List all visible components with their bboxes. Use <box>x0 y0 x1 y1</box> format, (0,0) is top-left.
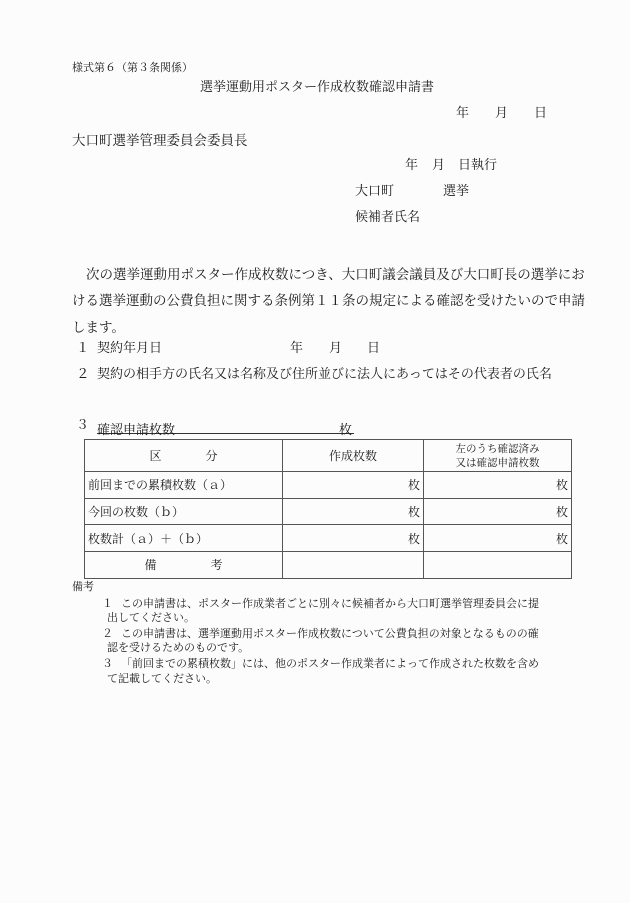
header-category-char: 分 <box>206 449 218 463</box>
created-count-cell[interactable]: 枚 <box>283 498 424 525</box>
note-3-text: 「前回までの累積枚数」には、他のポスター作成業者によって作成された枚数を含め <box>121 658 539 669</box>
remarks-char: 備 <box>144 558 156 572</box>
row-label: 枚数計（ａ）＋（ｂ） <box>85 525 283 552</box>
table-row-remarks: 備考 <box>85 552 572 579</box>
created-count-cell[interactable]: 枚 <box>283 472 424 499</box>
contract-day: 日 <box>367 342 380 355</box>
note-1-number: １ <box>102 598 113 609</box>
item-1-label: 契約年月日 <box>97 342 162 355</box>
document-title: 選挙運動用ポスター作成枚数確認申請書 <box>200 81 434 94</box>
confirmed-count-cell[interactable]: 枚 <box>424 498 572 525</box>
created-count-cell[interactable]: 枚 <box>283 525 424 552</box>
header-category: 区分 <box>85 440 283 472</box>
notes-title: 備考 <box>72 581 94 592</box>
header-confirmed-line: 又は確認申請枚数 <box>427 456 568 470</box>
item-2-number: ２ <box>76 368 90 382</box>
remarks-char: 考 <box>211 558 223 572</box>
note-1-text: この申請書は、ポスター作成業者ごとに別々に候補者から大口町選挙管理委員会に提 <box>121 598 539 609</box>
paragraph-line: します。 <box>72 315 562 341</box>
note-1-text-cont: 出してください。 <box>107 612 195 623</box>
item-3-unit: 枚 <box>339 419 352 438</box>
remarks-confirmed-cell[interactable] <box>424 552 572 579</box>
date-year: 年 <box>456 107 469 120</box>
confirmed-count-cell[interactable]: 枚 <box>424 472 572 499</box>
note-3-text-cont: て記載してください。 <box>107 673 217 684</box>
request-paragraph: 次の選挙運動用ポスター作成枚数につき、大口町議会議員及び大口町長の選挙にお ける… <box>72 262 562 341</box>
table-row: 枚数計（ａ）＋（ｂ） 枚 枚 <box>85 525 572 552</box>
item-2-label: 契約の相手方の氏名又は名称及び住所並びに法人にあってはその代表者の氏名 <box>97 368 552 381</box>
item-3-label: 確認申請枚数 <box>97 419 175 438</box>
row-label: 前回までの累積枚数（ａ） <box>85 472 283 499</box>
table-row: 前回までの累積枚数（ａ） 枚 枚 <box>85 472 572 499</box>
table-row: 今回の枚数（ｂ） 枚 枚 <box>85 498 572 525</box>
remarks-created-cell[interactable] <box>283 552 424 579</box>
header-confirmed: 左のうち確認済み 又は確認申請枚数 <box>424 440 572 472</box>
header-category-char: 区 <box>149 449 161 463</box>
town-label: 大口町 <box>355 185 394 198</box>
note-2-text-cont: 認を受けるためのものです。 <box>107 642 249 653</box>
header-confirmed-line: 左のうち確認済み <box>427 442 568 456</box>
contract-month: 月 <box>329 342 342 355</box>
note-2-text: この申請書は、選挙運動用ポスター作成枚数について公費負担の対象となるものの確 <box>121 628 539 639</box>
paragraph-line: 次の選挙運動用ポスター作成枚数につき、大口町議会議員及び大口町長の選挙にお <box>72 262 562 288</box>
requested-count-field[interactable]: 確認申請枚数 枚 <box>97 417 354 434</box>
contract-year: 年 <box>290 342 303 355</box>
exec-month: 月 <box>432 159 445 172</box>
item-3-number: ３ <box>76 419 89 432</box>
exec-day: 日執行 <box>458 159 497 172</box>
count-table: 区分 作成枚数 左のうち確認済み 又は確認申請枚数 前回までの累積枚数（ａ） 枚… <box>84 439 572 579</box>
candidate-name-label: 候補者氏名 <box>355 211 420 224</box>
item-1-number: １ <box>76 342 90 356</box>
note-3-number: ３ <box>102 658 113 669</box>
row-label: 今回の枚数（ｂ） <box>85 498 283 525</box>
table-header-row: 区分 作成枚数 左のうち確認済み 又は確認申請枚数 <box>85 440 572 472</box>
addressee: 大口町選挙管理委員会委員長 <box>72 135 248 149</box>
note-2-number: ２ <box>102 628 113 639</box>
date-month: 月 <box>495 107 508 120</box>
exec-year: 年 <box>405 159 418 172</box>
confirmed-count-cell[interactable]: 枚 <box>424 525 572 552</box>
paragraph-line: ける選挙運動の公費負担に関する条例第１１条の規定による確認を受けたいので申請 <box>72 288 562 314</box>
form-number: 様式第６（第３条関係） <box>72 62 193 73</box>
date-day: 日 <box>534 107 547 120</box>
header-created: 作成枚数 <box>283 440 424 472</box>
remarks-label: 備考 <box>85 552 283 579</box>
election-label: 選挙 <box>443 185 469 198</box>
